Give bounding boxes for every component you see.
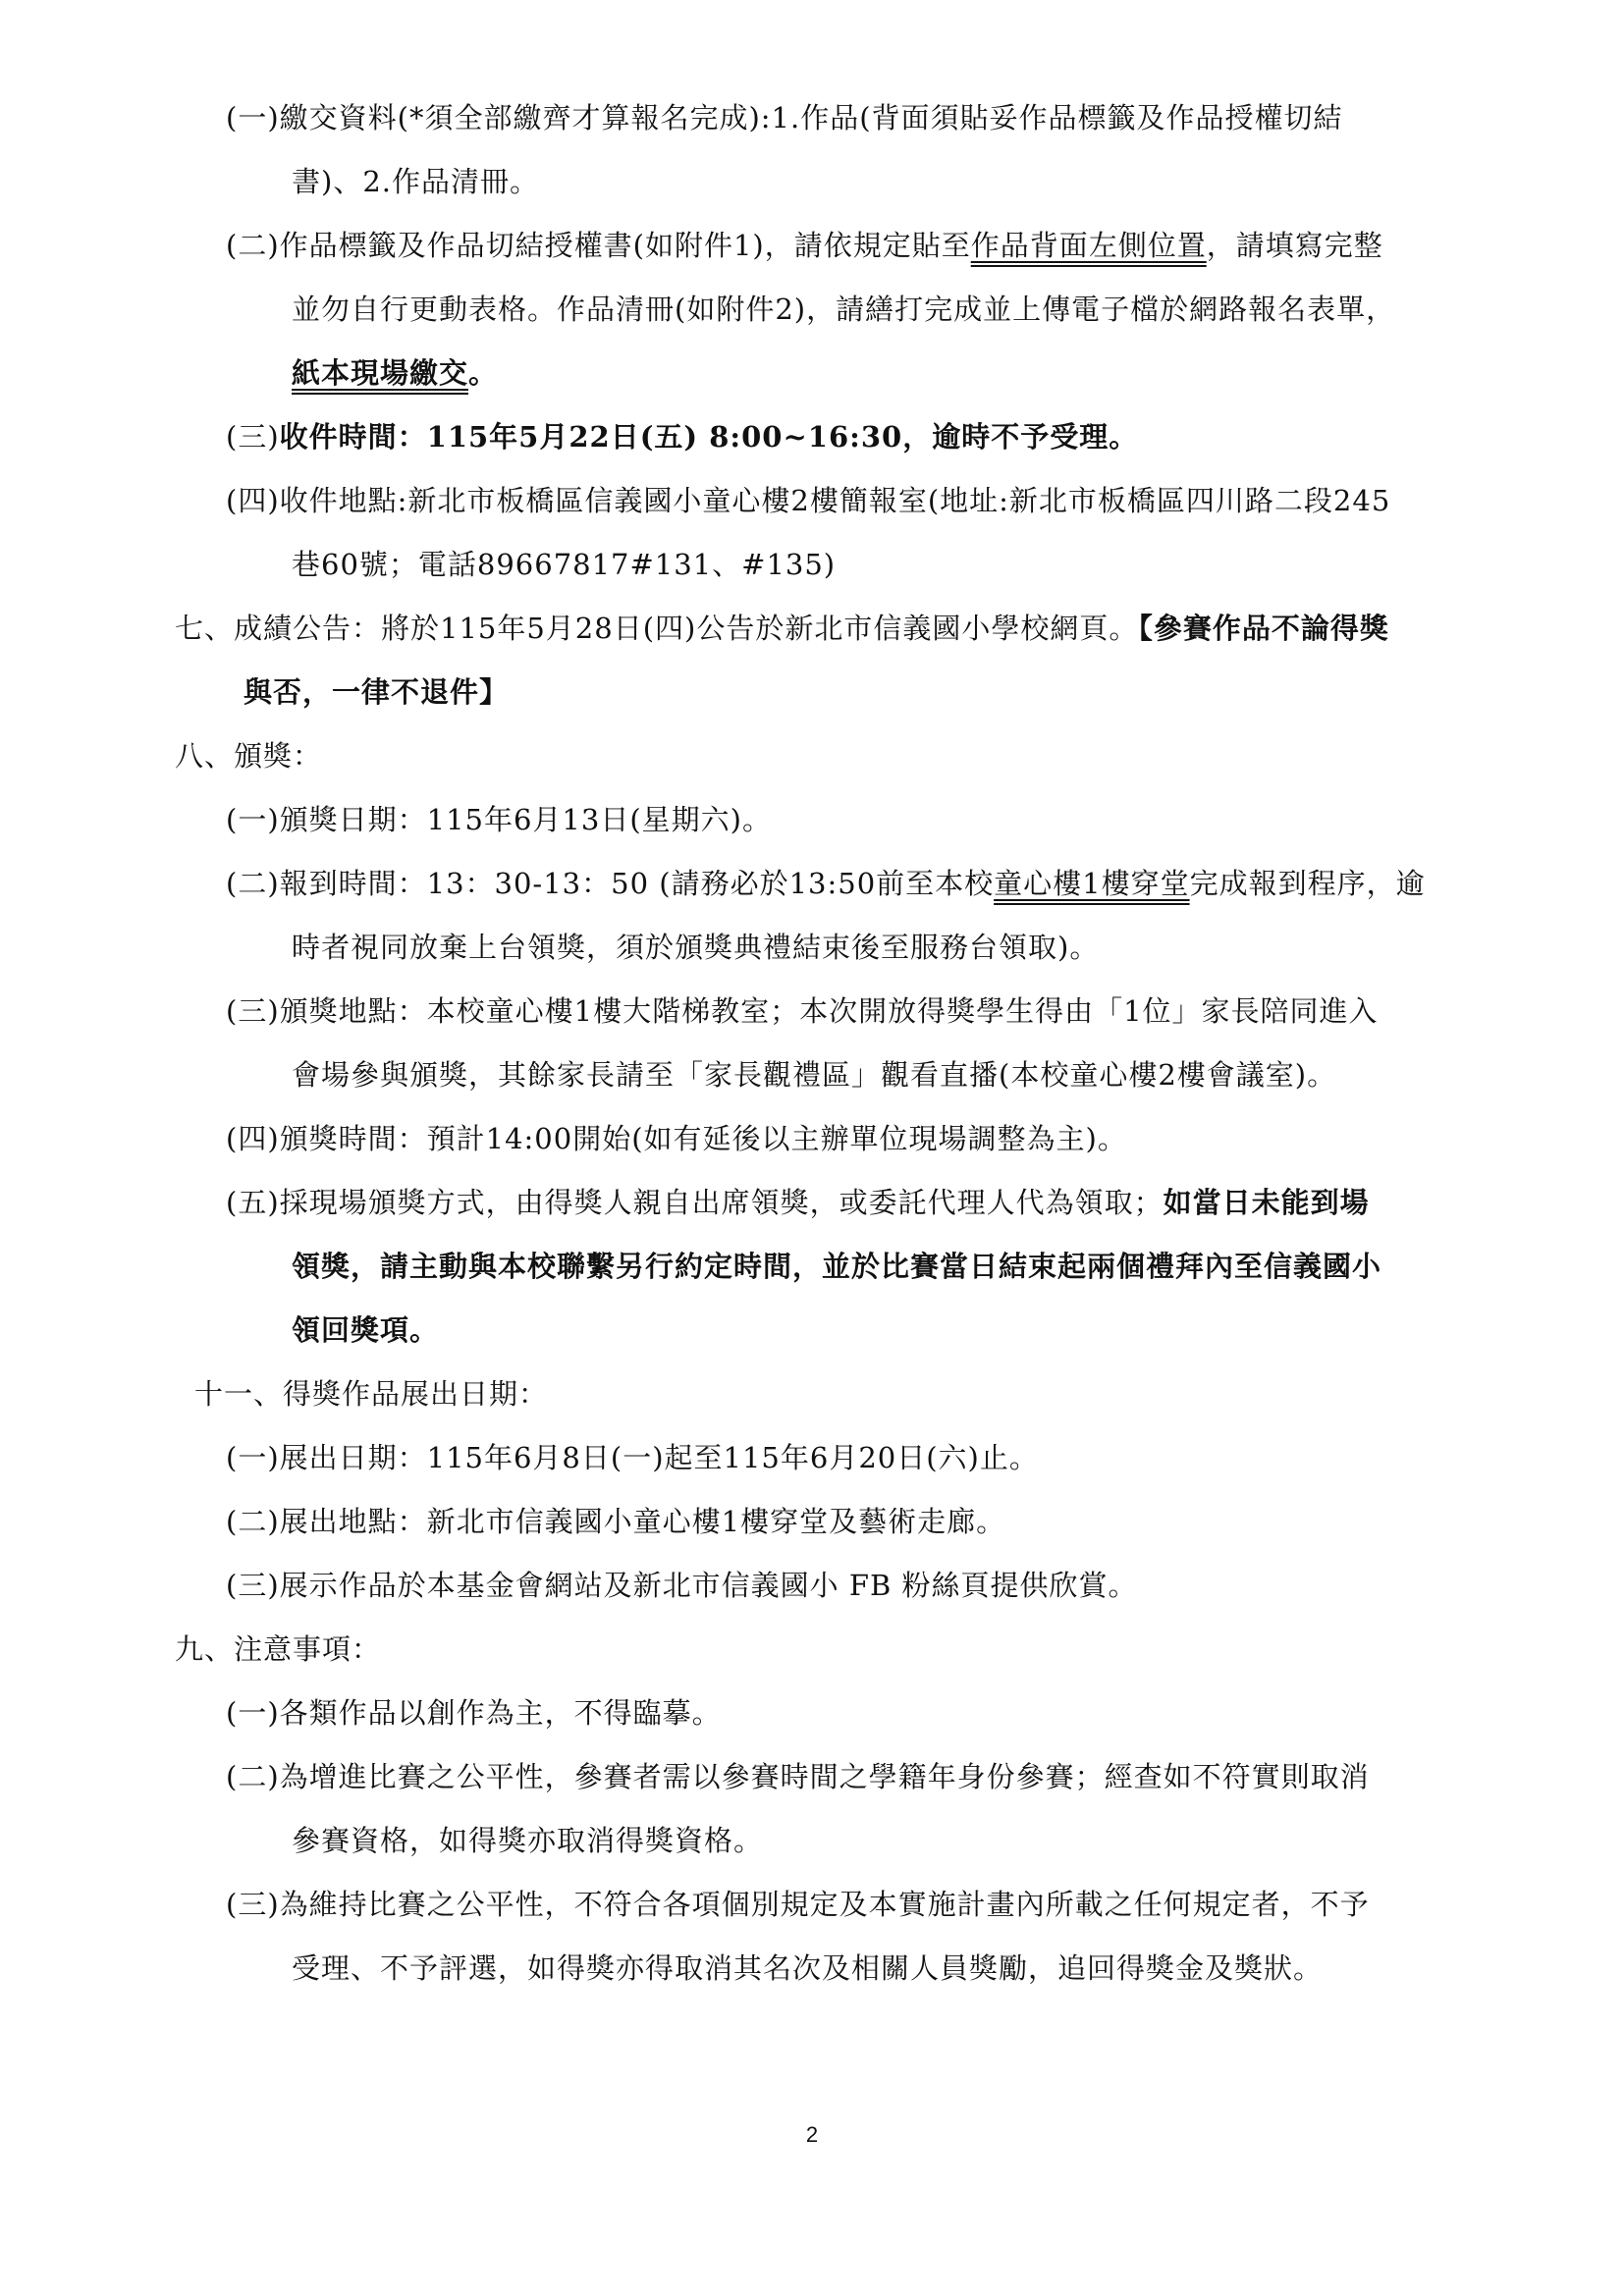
award-method-continuation: 領獎，請主動與本校聯繫另行約定時間，並於比賽當日結束起兩個禮拜內至信義國小 — [292, 1247, 1381, 1286]
text: 書)、2.作品清冊。 — [292, 165, 539, 198]
submission-materials-continuation: 書)、2.作品清冊。 — [292, 162, 539, 201]
label-and-affidavit-item: (二)作品標籤及作品切結授權書(如附件1)，請依規定貼至作品背面左側位置，請填寫… — [226, 226, 1383, 265]
note-eligibility-continuation: 參賽資格，如得獎亦取消得獎資格。 — [292, 1821, 763, 1860]
page-number: 2 — [0, 2122, 1624, 2148]
award-method-continuation-2: 領回獎項。 — [292, 1310, 439, 1350]
text: 時者視同放棄上台領獎，須於頒獎典禮結束後至服務台領取)。 — [292, 931, 1099, 964]
text: (三) — [226, 420, 280, 454]
bold-underlined-text: 紙本現場繳交 — [292, 356, 468, 390]
text: 八、頒獎： — [175, 739, 322, 773]
text: (二)為增進比賽之公平性，參賽者需以參賽時間之學籍年身份參賽；經查如不符實則取消 — [226, 1760, 1370, 1793]
text: 參賽資格，如得獎亦取消得獎資格。 — [292, 1824, 763, 1857]
underlined-location-text: 童心樓1樓穿堂 — [994, 867, 1189, 900]
exhibition-date-item: (一)展出日期：115年6月8日(一)起至115年6月20日(六)止。 — [226, 1438, 1039, 1477]
bold-text: 領獎，請主動與本校聯繫另行約定時間，並於比賽當日結束起兩個禮拜內至信義國小 — [292, 1250, 1381, 1283]
collection-location-continuation: 巷60號；電話89667817#131、#135) — [292, 545, 836, 584]
note-compliance-item: (三)為維持比賽之公平性，不符合各項個別規定及本實施計畫內所載之任何規定者，不予 — [226, 1885, 1370, 1924]
bold-text: 與否，一律不退件】 — [244, 675, 509, 709]
text: 受理、不予評選，如得獎亦得取消其名次及相關人員獎勵，追回得獎金及獎狀。 — [292, 1951, 1323, 1985]
bold-text: 領回獎項。 — [292, 1313, 439, 1347]
label-and-affidavit-continuation: 並勿自行更動表格。作品清冊(如附件2)，請繕打完成並上傳電子檔於網路報名表單， — [292, 290, 1395, 329]
note-originality-item: (一)各類作品以創作為主，不得臨摹。 — [226, 1693, 722, 1733]
text: ，請填寫完整 — [1207, 229, 1383, 262]
award-location-continuation: 會場參與頒獎，其餘家長請至「家長觀禮區」觀看直播(本校童心樓2樓會議室)。 — [292, 1055, 1336, 1095]
text: (三)展示作品於本基金會網站及新北市信義國小 FB 粉絲頁提供欣賞。 — [226, 1569, 1138, 1602]
section-exhibition-heading: 十一、得獎作品展出日期： — [194, 1374, 548, 1414]
text: 十一、得獎作品展出日期： — [194, 1377, 548, 1411]
text: 。 — [468, 356, 498, 390]
submission-materials-item: (一)繳交資料(*須全部繳齊才算報名完成):1.作品(背面須貼妥作品標籤及作品授… — [226, 98, 1343, 137]
check-in-time-continuation: 時者視同放棄上台領獎，須於頒獎典禮結束後至服務台領取)。 — [292, 928, 1099, 967]
text: 九、注意事項： — [175, 1632, 381, 1666]
award-method-item: (五)採現場頒獎方式，由得獎人親自出席領獎，或委託代理人代為領取；如當日未能到場 — [226, 1183, 1370, 1222]
text: (一)繳交資料(*須全部繳齊才算報名完成):1.作品(背面須貼妥作品標籤及作品授… — [226, 101, 1343, 134]
award-location-item: (三)頒獎地點：本校童心樓1樓大階梯教室；本次開放得獎學生得由「1位」家長陪同進… — [226, 991, 1379, 1031]
text: (二)報到時間：13：30-13：50 (請務必於13:50前至本校 — [226, 867, 994, 900]
underlined-position-text: 作品背面左側位置 — [971, 229, 1207, 262]
text: (三)為維持比賽之公平性，不符合各項個別規定及本實施計畫內所載之任何規定者，不予 — [226, 1888, 1370, 1921]
exhibition-online-item: (三)展示作品於本基金會網站及新北市信義國小 FB 粉絲頁提供欣賞。 — [226, 1566, 1138, 1605]
bold-text: 如當日未能到場 — [1164, 1186, 1370, 1219]
text: (四)頒獎時間：預計14:00開始(如有延後以主辦單位現場調整為主)。 — [226, 1122, 1127, 1155]
note-eligibility-item: (二)為增進比賽之公平性，參賽者需以參賽時間之學籍年身份參賽；經查如不符實則取消 — [226, 1757, 1370, 1796]
bold-text: 收件時間：115年5月22日(五) 8:00~16:30，逾時不予受理。 — [280, 420, 1139, 454]
section-notes-heading: 九、注意事項： — [175, 1629, 381, 1669]
text: (五)採現場頒獎方式，由得獎人親自出席領獎，或委託代理人代為領取； — [226, 1186, 1164, 1219]
collection-time-item: (三)收件時間：115年5月22日(五) 8:00~16:30，逾時不予受理。 — [226, 417, 1138, 456]
bold-text: 【參賽作品不論得獎 — [1138, 612, 1389, 645]
text: 會場參與頒獎，其餘家長請至「家長觀禮區」觀看直播(本校童心樓2樓會議室)。 — [292, 1058, 1336, 1092]
check-in-time-item: (二)報到時間：13：30-13：50 (請務必於13:50前至本校童心樓1樓穿… — [226, 864, 1426, 903]
text: 並勿自行更動表格。作品清冊(如附件2)，請繕打完成並上傳電子檔於網路報名表單， — [292, 293, 1395, 326]
award-date-item: (一)頒獎日期：115年6月13日(星期六)。 — [226, 800, 772, 839]
text: (三)頒獎地點：本校童心樓1樓大階梯教室；本次開放得獎學生得由「1位」家長陪同進… — [226, 994, 1379, 1028]
award-time-item: (四)頒獎時間：預計14:00開始(如有延後以主辦單位現場調整為主)。 — [226, 1119, 1127, 1158]
text: (一)頒獎日期：115年6月13日(星期六)。 — [226, 803, 772, 836]
text: 七、成績公告：將於115年5月28日(四)公告於新北市信義國小學校網頁。 — [175, 612, 1138, 645]
paper-submission-note: 紙本現場繳交。 — [292, 353, 498, 393]
collection-location-item: (四)收件地點:新北市板橋區信義國小童心樓2樓簡報室(地址:新北市板橋區四川路二… — [226, 481, 1390, 520]
note-compliance-continuation: 受理、不予評選，如得獎亦得取消其名次及相關人員獎勵，追回得獎金及獎狀。 — [292, 1949, 1323, 1988]
exhibition-location-item: (二)展出地點：新北市信義國小童心樓1樓穿堂及藝術走廊。 — [226, 1502, 1005, 1541]
document-page: (一)繳交資料(*須全部繳齊才算報名完成):1.作品(背面須貼妥作品標籤及作品授… — [0, 0, 1624, 2296]
text: 完成報到程序，逾 — [1190, 867, 1426, 900]
text: (二)展出地點：新北市信義國小童心樓1樓穿堂及藝術走廊。 — [226, 1505, 1005, 1538]
text: (二)作品標籤及作品切結授權書(如附件1)，請依規定貼至 — [226, 229, 971, 262]
section-awards-heading: 八、頒獎： — [175, 736, 322, 775]
text: 巷60號；電話89667817#131、#135) — [292, 548, 836, 581]
text: (四)收件地點:新北市板橋區信義國小童心樓2樓簡報室(地址:新北市板橋區四川路二… — [226, 484, 1390, 517]
text: (一)各類作品以創作為主，不得臨摹。 — [226, 1696, 722, 1730]
text: (一)展出日期：115年6月8日(一)起至115年6月20日(六)止。 — [226, 1441, 1039, 1474]
section-results-announcement: 七、成績公告：將於115年5月28日(四)公告於新北市信義國小學校網頁。【參賽作… — [175, 609, 1389, 648]
results-announcement-continuation: 與否，一律不退件】 — [244, 672, 509, 712]
